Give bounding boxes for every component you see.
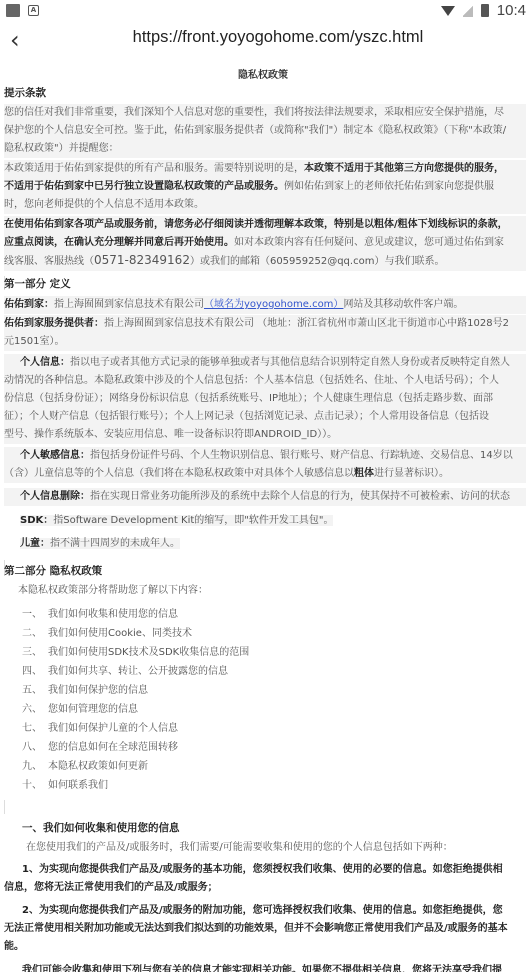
toc-number: 八、 [22, 738, 36, 757]
section1-item2-line-2: 无法正常使用相关附加功能或无法达到我们拟达到的功能效果，但并不会影响您正常使用我… [4, 920, 526, 938]
intro-paragraph-1-line-1: 您的信任对我们非常重要，我们深知个人信息对您的重要性，我们将按法律法规要求，采取… [4, 104, 526, 122]
toc-number: 五、 [22, 681, 36, 700]
toc-label: 我们如何保护您的信息 [48, 681, 148, 700]
toc-number: 六、 [22, 700, 36, 719]
definition-sensitive-info-line-1: 个人敏感信息：指包括身份证件号码、个人生物识别信息、银行账号、财产信息、行踪轨迹… [4, 447, 526, 465]
intro-paragraph-1-line-2: 保护您的个人信息安全可控。鉴于此，佑佑到家服务提供者（或简称"我们"）制定本《隐… [4, 122, 526, 140]
text: 指包括身份证件号码、个人生物识别信息、银行账号、财产信息、行踪轨迹、交易信息、1… [90, 450, 513, 461]
section1-item2-line-1: 2、为实现向您提供我们产品及/或服务的附加功能，您可选择授权我们收集、使用的信息… [22, 902, 526, 920]
text: 例如佑佑到家上的老师依托佑佑到家向您提供服 [284, 181, 494, 192]
definition-personal-info-line-2: 动情况的各种信息。本隐私政策中涉及的个人信息包括：个人基本信息（包括姓名、住址、… [4, 372, 526, 390]
bold-text: 本政策不适用于其他第三方向您提供的服务， [304, 163, 504, 174]
bold-text: 1、为实现向您提供我们产品及/或服务的基本功能，您须授权我们收集、使用的必要的信… [22, 864, 503, 875]
term: 佑佑到家服务提供者： [4, 318, 104, 329]
section-heading-collect-use: 一、我们如何收集和使用您的信息 [22, 820, 180, 835]
definition-personal-info-line-1: 个人信息：指以电子或者其他方式记录的能够单独或者与其他信息结合识别特定自然人身份… [4, 354, 526, 372]
intro-paragraph-2-line-2: 不适用于佑佑到家中已另行独立设置隐私权政策的产品或服务。例如佑佑到家上的老师依托… [4, 178, 526, 196]
intro-paragraph-2-line-1: 本政策适用于佑佑到家提供的所有产品和服务。需要特别说明的是，本政策不适用于其他第… [4, 160, 526, 178]
toc-label: 我们如何共享、转让、公开披露您的信息 [48, 662, 228, 681]
definition-yoyo: 佑佑到家：指上海囿囿到家信息技术有限公司（域名为yoyogohome.com）网… [4, 296, 526, 314]
text: 本政策适用于佑佑到家提供的所有产品和服务。需要特别说明的是， [4, 163, 304, 174]
toc-intro: 本隐私权政策部分将帮助您了解以下内容： [18, 582, 526, 600]
text: 指Software Development Kit的缩写，即"软件开发工具包"。 [53, 515, 333, 526]
section-heading-definitions: 第一部分 定义 [4, 276, 71, 291]
definition-child: 儿童：指不满十四周岁的未成年人。 [4, 535, 526, 553]
toc-label: 我们如何使用SDK技术及SDK收集信息的范围 [48, 643, 249, 662]
section1-intro: 在您使用我们的产品及/或服务时，我们需要/可能需要收集和使用的您的个人信息包括如… [26, 839, 526, 857]
toc-number: 十、 [22, 776, 36, 795]
toc-item[interactable]: 四、我们如何共享、转让、公开披露您的信息 [22, 662, 249, 681]
text: 进行显著标识）。 [374, 468, 449, 479]
bold-text: 不适用于佑佑到家中已另行独立设置隐私权政策的产品或服务。 [4, 181, 284, 192]
toc-item[interactable]: 二、我们如何使用Cookie、同类技术 [22, 624, 249, 643]
toc-label: 我们如何保护儿童的个人信息 [48, 719, 178, 738]
section1-paragraph-4-line-1: 我们可能会收集和使用下列与您有关的信息才能实现相关功能。如果您不提供相关信息，您… [22, 962, 526, 972]
section-heading-tips: 提示条款 [4, 85, 46, 100]
battery-icon [481, 4, 489, 17]
toc-label: 我们如何收集和使用您的信息 [48, 605, 178, 624]
phone-number[interactable]: 0571-82349162 [94, 253, 190, 267]
toc-item[interactable]: 三、我们如何使用SDK技术及SDK收集信息的范围 [22, 643, 249, 662]
toc-item[interactable]: 一、我们如何收集和使用您的信息 [22, 605, 249, 624]
definition-provider-line-1: 佑佑到家服务提供者：指上海囿囿到家信息技术有限公司 （地址：浙江省杭州市萧山区北… [4, 315, 526, 333]
text: （含）儿童信息等的个人信息（我们将在本隐私权政策中对具体个人敏感信息以 [4, 468, 354, 479]
section1-item2-line-3: 能。 [4, 938, 526, 956]
notification-square-icon [6, 4, 20, 17]
text: 指上海囿囿到家信息技术有限公司 （地址：浙江省杭州市萧山区北干街道市心中路102… [104, 318, 509, 329]
text: 指上海囿囿到家信息技术有限公司 [54, 299, 204, 310]
a-app-icon: A [28, 5, 39, 16]
toc-item[interactable]: 八、您的信息如何在全球范围转移 [22, 738, 249, 757]
toc-number: 三、 [22, 643, 36, 662]
intro-paragraph-3-line-1: 在使用佑佑到家各项产品或服务前，请您务必仔细阅读并透彻理解本政策，特别是以粗体/… [4, 216, 526, 234]
bold-text: 应重点阅读，在确认充分理解并同意后再开始使用。 [4, 237, 234, 248]
toc-label: 本隐私权政策如何更新 [48, 757, 148, 776]
bold-text: 信息，您将无法正常使用我们的产品及/或服务； [4, 882, 218, 893]
term: 个人敏感信息： [20, 450, 90, 461]
toc-label: 您的信息如何在全球范围转移 [48, 738, 178, 757]
definition-sdk: SDK：指Software Development Kit的缩写，即"软件开发工… [4, 512, 526, 530]
bold-text: 粗体 [354, 468, 374, 479]
intro-paragraph-2-line-3: 时，您向老师提供的个人信息不适用本政策。 [4, 196, 526, 214]
term: 个人信息： [20, 357, 70, 368]
toc-number: 四、 [22, 662, 36, 681]
text: 指以电子或者其他方式记录的能够单独或者与其他信息结合识别特定自然人身份或者反映特… [70, 357, 510, 368]
text: ）或我们的邮箱（605959252@qq.com）与我们联系。 [190, 256, 445, 267]
domain-link[interactable]: （域名为yoyogohome.com） [204, 299, 343, 310]
page-title: 隐私权政策 [0, 66, 526, 86]
no-signal-icon [463, 5, 473, 17]
document-content[interactable]: 隐私权政策 提示条款 您的信任对我们非常重要，我们深知个人信息对您的重要性，我们… [0, 60, 526, 86]
term: SDK： [20, 515, 53, 526]
bold-text: 在使用佑佑到家各项产品或服务前，请您务必仔细阅读并透彻理解本政策，特别是以粗体/… [4, 219, 508, 230]
term: 儿童： [20, 538, 50, 549]
wifi-icon [441, 6, 455, 16]
toc-label: 我们如何使用Cookie、同类技术 [48, 624, 192, 643]
section-heading-privacy-policy: 第二部分 隐私权政策 [4, 563, 102, 578]
section1-item1-line-1: 1、为实现向您提供我们产品及/或服务的基本功能，您须授权我们收集、使用的必要的信… [22, 861, 526, 879]
intro-paragraph-1-line-3: 隐私权政策"）并提醒您： [4, 140, 526, 158]
divider [4, 800, 5, 814]
toc-number: 九、 [22, 757, 36, 776]
section1-item1-line-2: 信息，您将无法正常使用我们的产品及/或服务； [4, 879, 526, 897]
clock: 10:4 [497, 2, 526, 19]
text: 指不满十四周岁的未成年人。 [50, 538, 180, 549]
toc-label: 您如何管理您的信息 [48, 700, 138, 719]
text: 网站及其移动软件客户端。 [343, 299, 463, 310]
definition-personal-info-line-5: 型号、操作系统版本、安装应用信息、唯一设备标识符即ANDROID_ID））。 [4, 426, 526, 444]
text: 指在实现日常业务功能所涉及的系统中去除个人信息的行为，使其保持不可被检索、访问的… [90, 491, 510, 502]
definition-personal-info-line-3: 份信息（包括身份证）；网络身份标识信息（包括系统账号、IP地址）；个人健康生理信… [4, 390, 526, 408]
definition-sensitive-info-line-2: （含）儿童信息等的个人信息（我们将在本隐私权政策中对具体个人敏感信息以粗体进行显… [4, 465, 526, 483]
toc-number: 二、 [22, 624, 36, 643]
table-of-contents: 一、我们如何收集和使用您的信息 二、我们如何使用Cookie、同类技术 三、我们… [22, 605, 249, 795]
bold-text: 无法正常使用相关附加功能或无法达到我们拟达到的功能效果，但并不会影响您正常使用我… [4, 923, 508, 934]
toc-number: 一、 [22, 605, 36, 624]
status-bar: A 10:4 [0, 0, 526, 22]
definition-info-deletion: 个人信息删除：指在实现日常业务功能所涉及的系统中去除个人信息的行为，使其保持不可… [4, 488, 526, 506]
toc-item[interactable]: 七、我们如何保护儿童的个人信息 [22, 719, 249, 738]
text: 如对本政策内容有任何疑问、意见或建议，您可通过佑佑到家 [234, 237, 504, 248]
bold-text: 我们可能会收集和使用下列与您有关的信息才能实现相关功能。如果您不提供相关信息，您… [22, 965, 502, 972]
definition-provider-line-2: 元1501室）。 [4, 333, 526, 351]
toc-item[interactable]: 九、本隐私权政策如何更新 [22, 757, 249, 776]
bold-text: 2、为实现向您提供我们产品及/或服务的附加功能，您可选择授权我们收集、使用的信息… [22, 905, 503, 916]
toc-item[interactable]: 十、如何联系我们 [22, 776, 249, 795]
definition-personal-info-line-4: 征）；个人财产信息（包括银行账号）；个人上网记录（包括浏览记录、点击记录）；个人… [4, 408, 526, 426]
toc-item[interactable]: 六、您如何管理您的信息 [22, 700, 249, 719]
toc-label: 如何联系我们 [48, 776, 108, 795]
intro-paragraph-3-line-3: 线客服、客服热线（0571-82349162）或我们的邮箱（605959252@… [4, 252, 526, 271]
text: 线客服、客服热线（ [4, 256, 94, 267]
term: 佑佑到家： [4, 299, 54, 310]
toc-item[interactable]: 五、我们如何保护您的信息 [22, 681, 249, 700]
bold-text: 能。 [4, 941, 24, 952]
intro-paragraph-3-line-2: 应重点阅读，在确认充分理解并同意后再开始使用。如对本政策内容有任何疑问、意见或建… [4, 234, 526, 252]
term: 个人信息删除： [20, 491, 90, 502]
page-url: https://front.yoyogohome.com/yszc.html [0, 28, 526, 47]
browser-nav-bar: ‹ https://front.yoyogohome.com/yszc.html [0, 22, 526, 60]
toc-number: 七、 [22, 719, 36, 738]
